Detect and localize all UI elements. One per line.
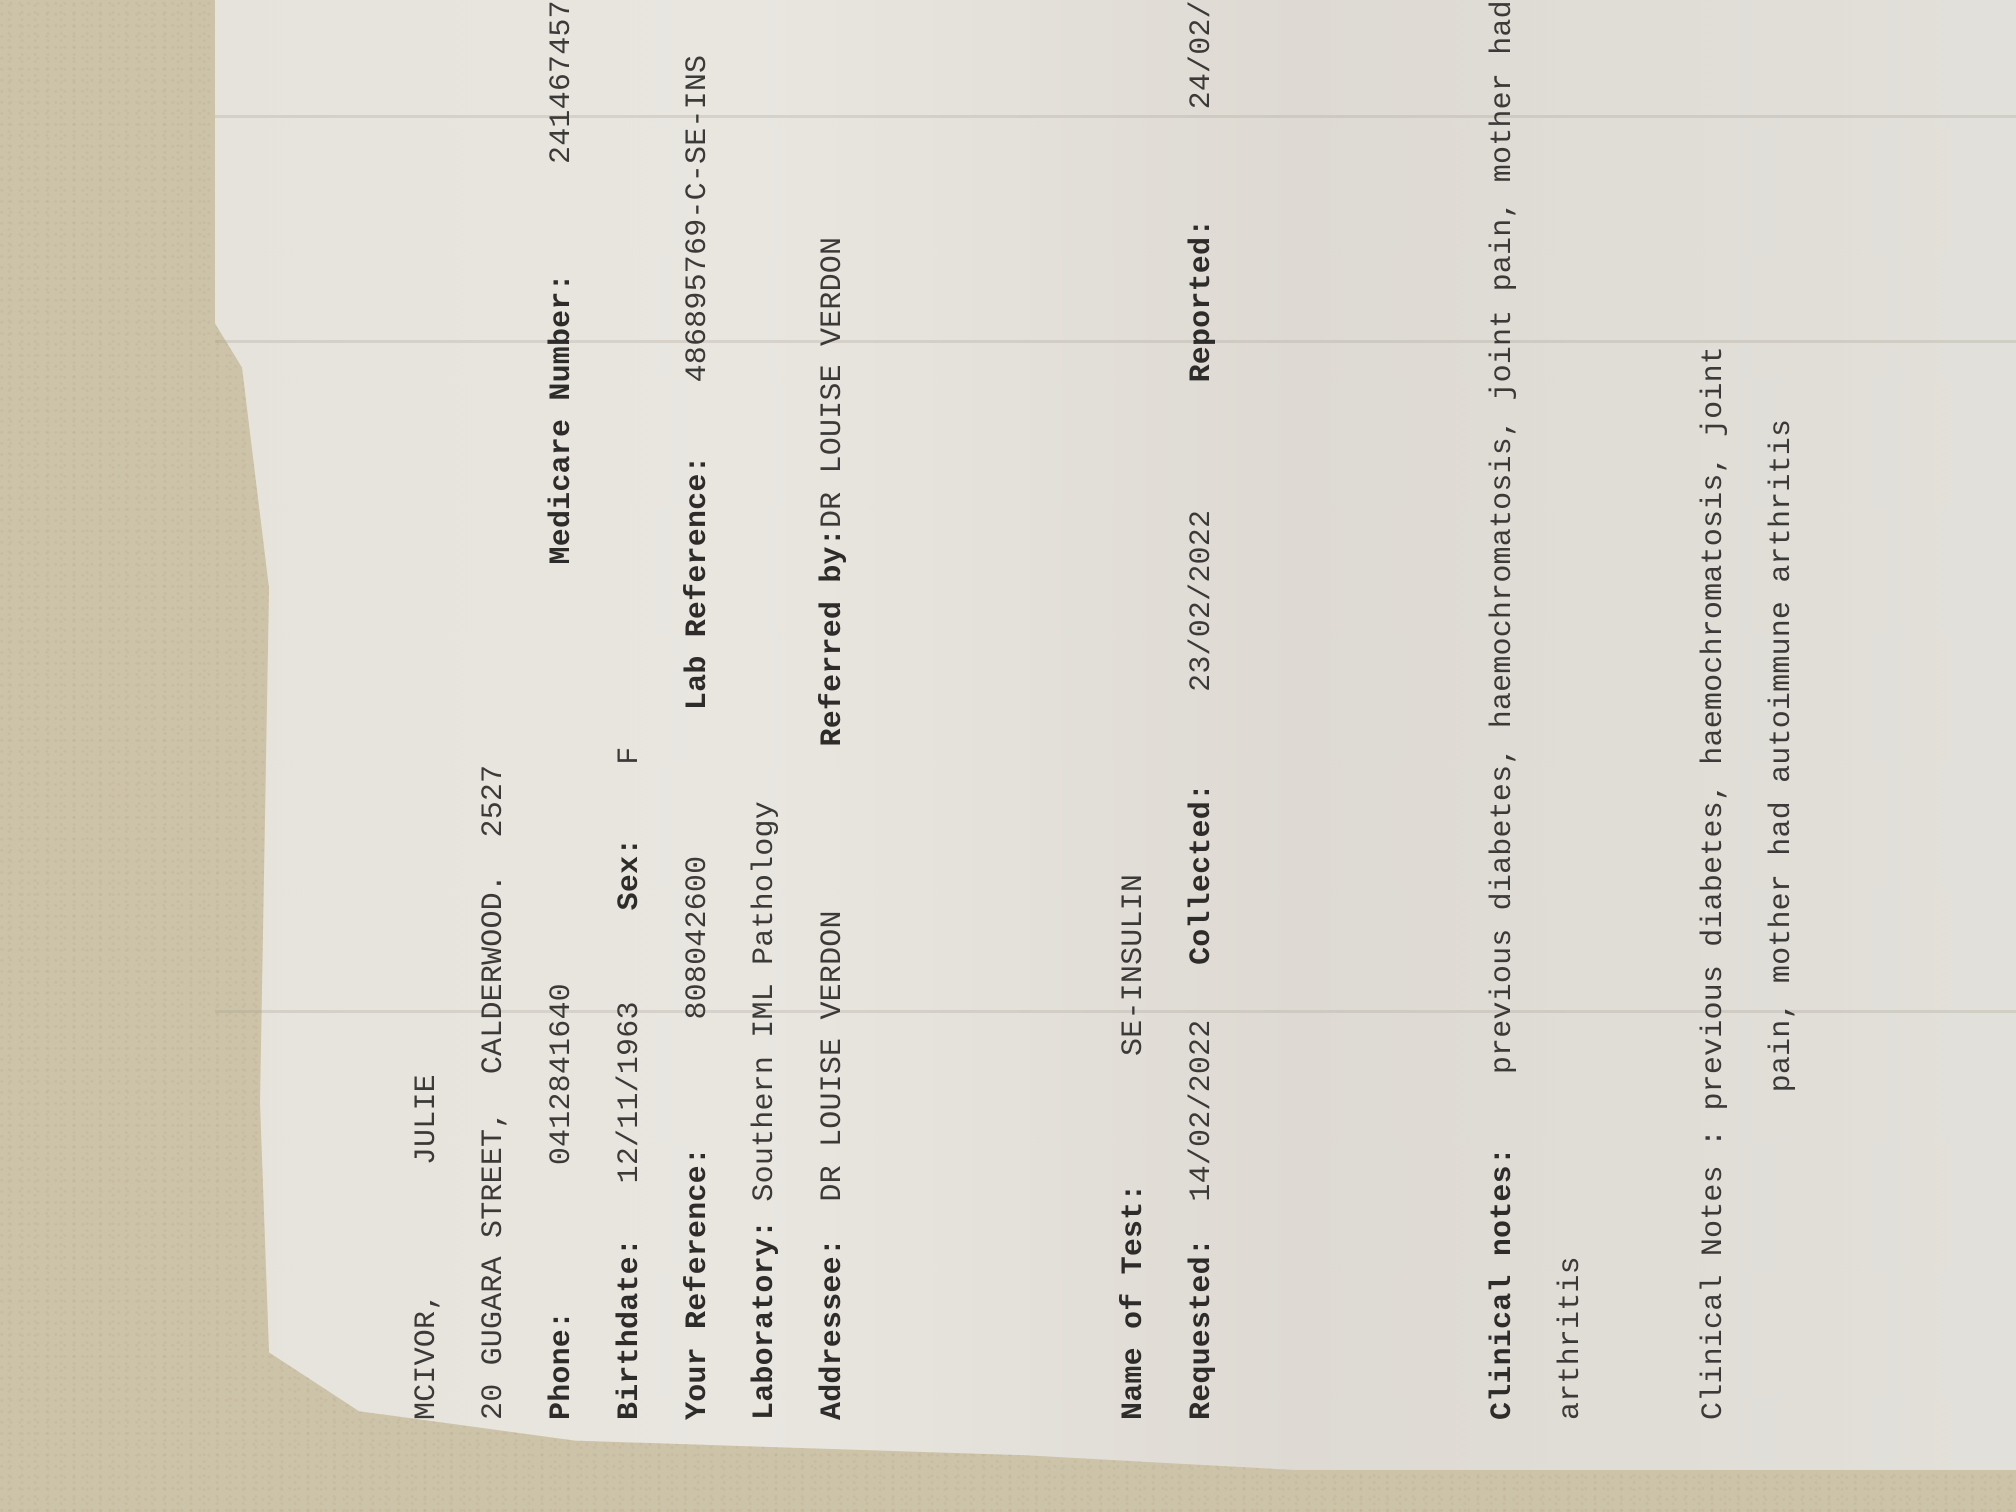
collected-label: Collected: [1185,783,1219,965]
patient-surname: MCIVOR, [410,1293,444,1420]
lab-reference-value: 486895769-C-SE-INS [681,55,715,383]
phone-value: 0412841640 [545,983,579,1165]
your-reference-label: Your Reference: [681,1147,715,1420]
clinical-notes: Clinical notes: previous diabetes, haemo… [1447,20,1839,1420]
sex-value: F [613,746,647,764]
requested-label: Requested: [1185,1238,1219,1420]
reported-label: Reported: [1185,219,1219,383]
reported-value: 24/02/2022 [1185,0,1219,109]
test-dates-line: Requested: 14/02/2022 Collected: 23/02/2… [1191,20,1214,1420]
sex-label: Sex: [613,838,647,911]
patient-given-name: JULIE [410,1074,444,1165]
clinical-notes-line1: Clinical notes: previous diabetes, haemo… [1492,20,1515,1420]
patient-address: 20 GUGARA STREET, CALDERWOOD. 2527 [483,20,506,1420]
laboratory-value: Southern IML Pathology [748,801,782,1201]
pathology-report: MCIVOR, JULIE 20 GUGARA STREET, CALDERWO… [280,20,2016,1420]
test-name-value: SE-INSULIN [1117,874,1151,1056]
birthdate-line: Birthdate: 12/11/1963 Sex: F [619,20,642,1420]
patient-header: MCIVOR, JULIE 20 GUGARA STREET, CALDERWO… [370,20,890,1420]
clinical-notes-text: previous diabetes, haemochromatosis, joi… [1486,0,1520,1074]
clinical-notes-2-label: Clinical Notes : [1697,1129,1731,1420]
test-info: Name of Test: SE-INSULIN Requested: 14/0… [1078,20,1259,1420]
test-name-line: Name of Test: SE-INSULIN [1123,20,1146,1420]
requested-value: 14/02/2022 [1185,1020,1219,1202]
medicare-label: Medicare Number: [545,273,579,564]
addressee-label: Addressee: [816,1238,850,1420]
birthdate-label: Birthdate: [613,1238,647,1420]
test-name-label: Name of Test: [1117,1183,1151,1420]
lab-reference-label: Lab Reference: [681,455,715,710]
clinical-notes-2-line2: pain, mother had autoimmune arthritis [1771,20,1794,1420]
your-reference-value: 808042600 [681,856,715,1020]
referred-by-label: Referred by: [816,528,850,746]
reference-line: Your Reference: 808042600 Lab Reference:… [687,20,710,1420]
addressee-line: Addressee: DR LOUISE VERDON Referred by:… [822,20,845,1420]
birthdate-value: 12/11/1963 [613,1001,647,1183]
laboratory-line: Laboratory: Southern IML Pathology [754,20,777,1420]
collected-value: 23/02/2022 [1185,510,1219,692]
medicare-value: 2414674572 [545,0,579,164]
phone-label: Phone: [545,1311,579,1420]
referred-by-value: DR LOUISE VERDON [816,237,850,528]
laboratory-label: Laboratory: [748,1220,782,1420]
phone-line: Phone: 0412841640 Medicare Number: 24146… [551,20,574,1420]
clinical-notes-2-line1: Clinical Notes : previous diabetes, haem… [1703,20,1726,1420]
clinical-notes-label: Clinical notes: [1486,1147,1520,1420]
addressee-value: DR LOUISE VERDON [816,910,850,1201]
clinical-notes-line2: arthritis [1560,20,1583,1420]
patient-name-line: MCIVOR, JULIE [416,20,439,1420]
